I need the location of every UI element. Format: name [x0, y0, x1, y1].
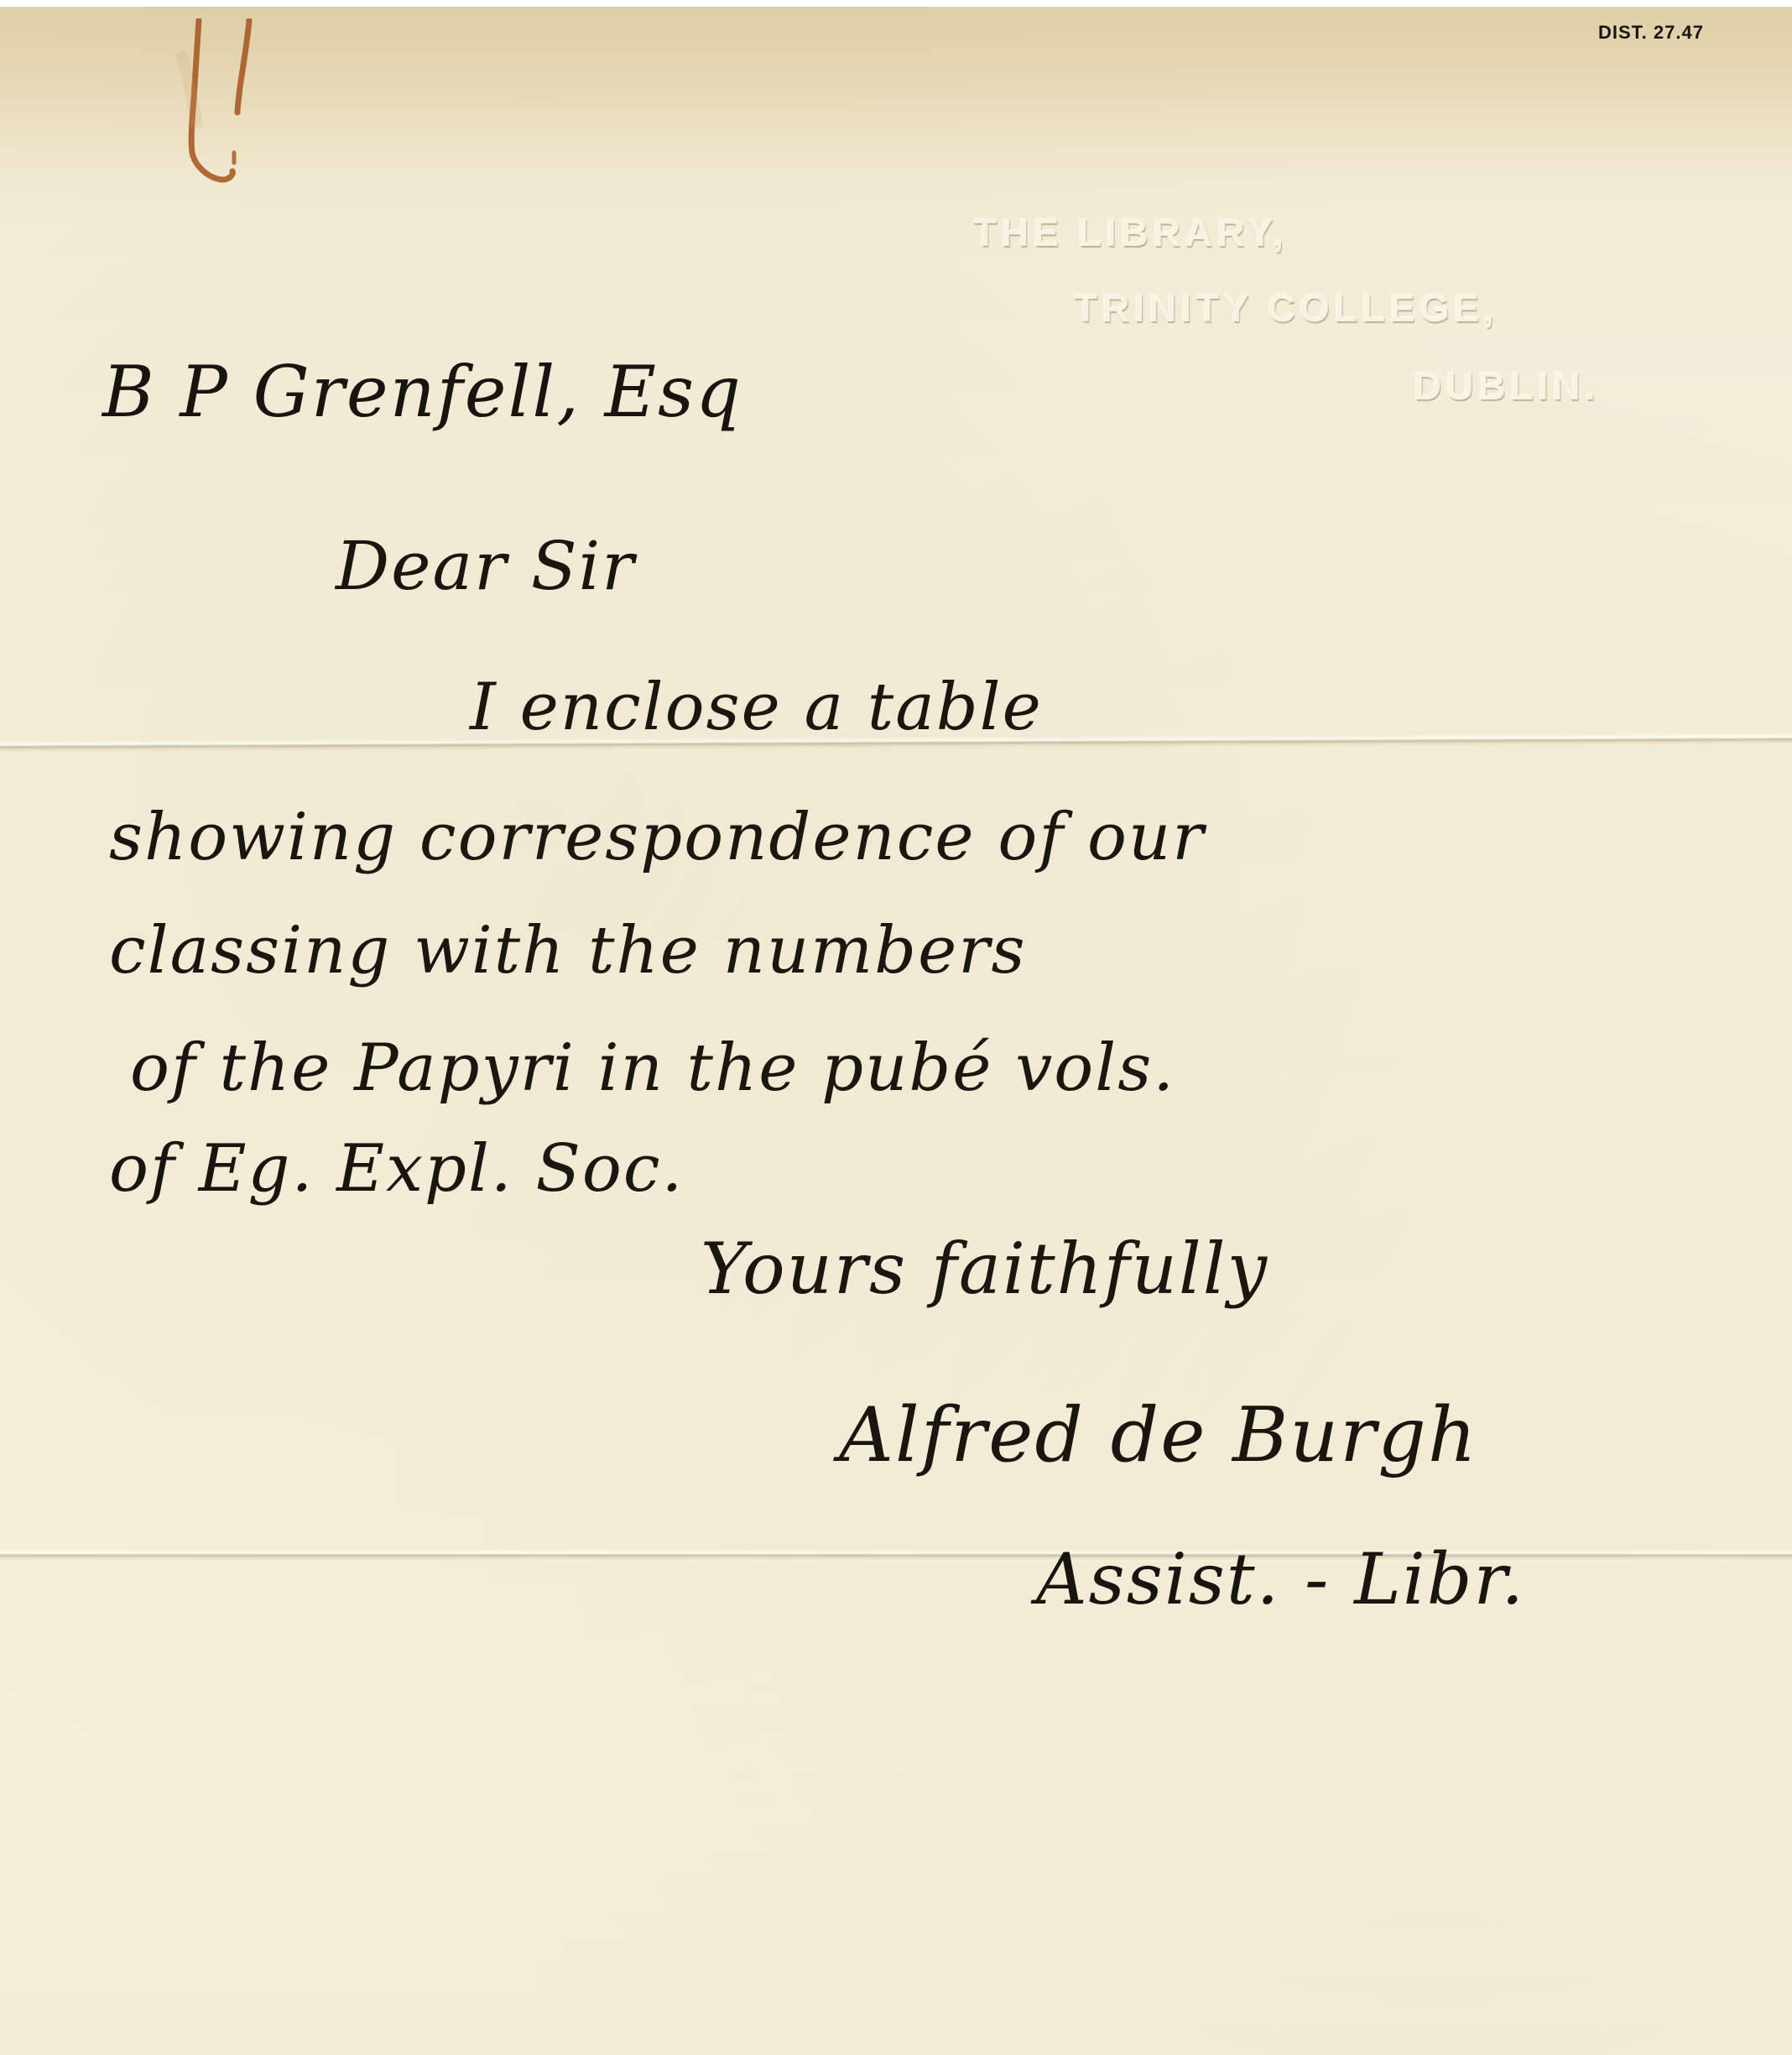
body-line: of the Papyri in the pubé vols.	[130, 1030, 1175, 1106]
body-line: of Eg. Expl. Soc.	[109, 1131, 684, 1207]
signature: Alfred de Burgh	[839, 1391, 1478, 1479]
recipient: B P Grenfell, Esq	[102, 351, 742, 433]
letterhead-line-3: DUBLIN.	[1414, 363, 1600, 409]
signature-title: Assist. - Libr.	[1036, 1538, 1525, 1620]
letter-paper: DIST. 27.47 THE LIBRARY, TRINITY COLLEGE…	[0, 7, 1792, 2055]
closing: Yours faithfully	[701, 1228, 1268, 1310]
archive-reference: DIST. 27.47	[1598, 22, 1704, 44]
body-line: I enclose a table	[470, 670, 1043, 745]
rust-stain-icon	[172, 18, 264, 186]
body-line: classing with the numbers	[109, 913, 1027, 988]
letterhead-line-2: TRINITY COLLEGE,	[1074, 285, 1498, 331]
body-line: showing correspondence of our	[109, 800, 1206, 875]
letterhead-line-1: THE LIBRARY,	[973, 210, 1288, 255]
salutation: Dear Sir	[336, 527, 635, 605]
